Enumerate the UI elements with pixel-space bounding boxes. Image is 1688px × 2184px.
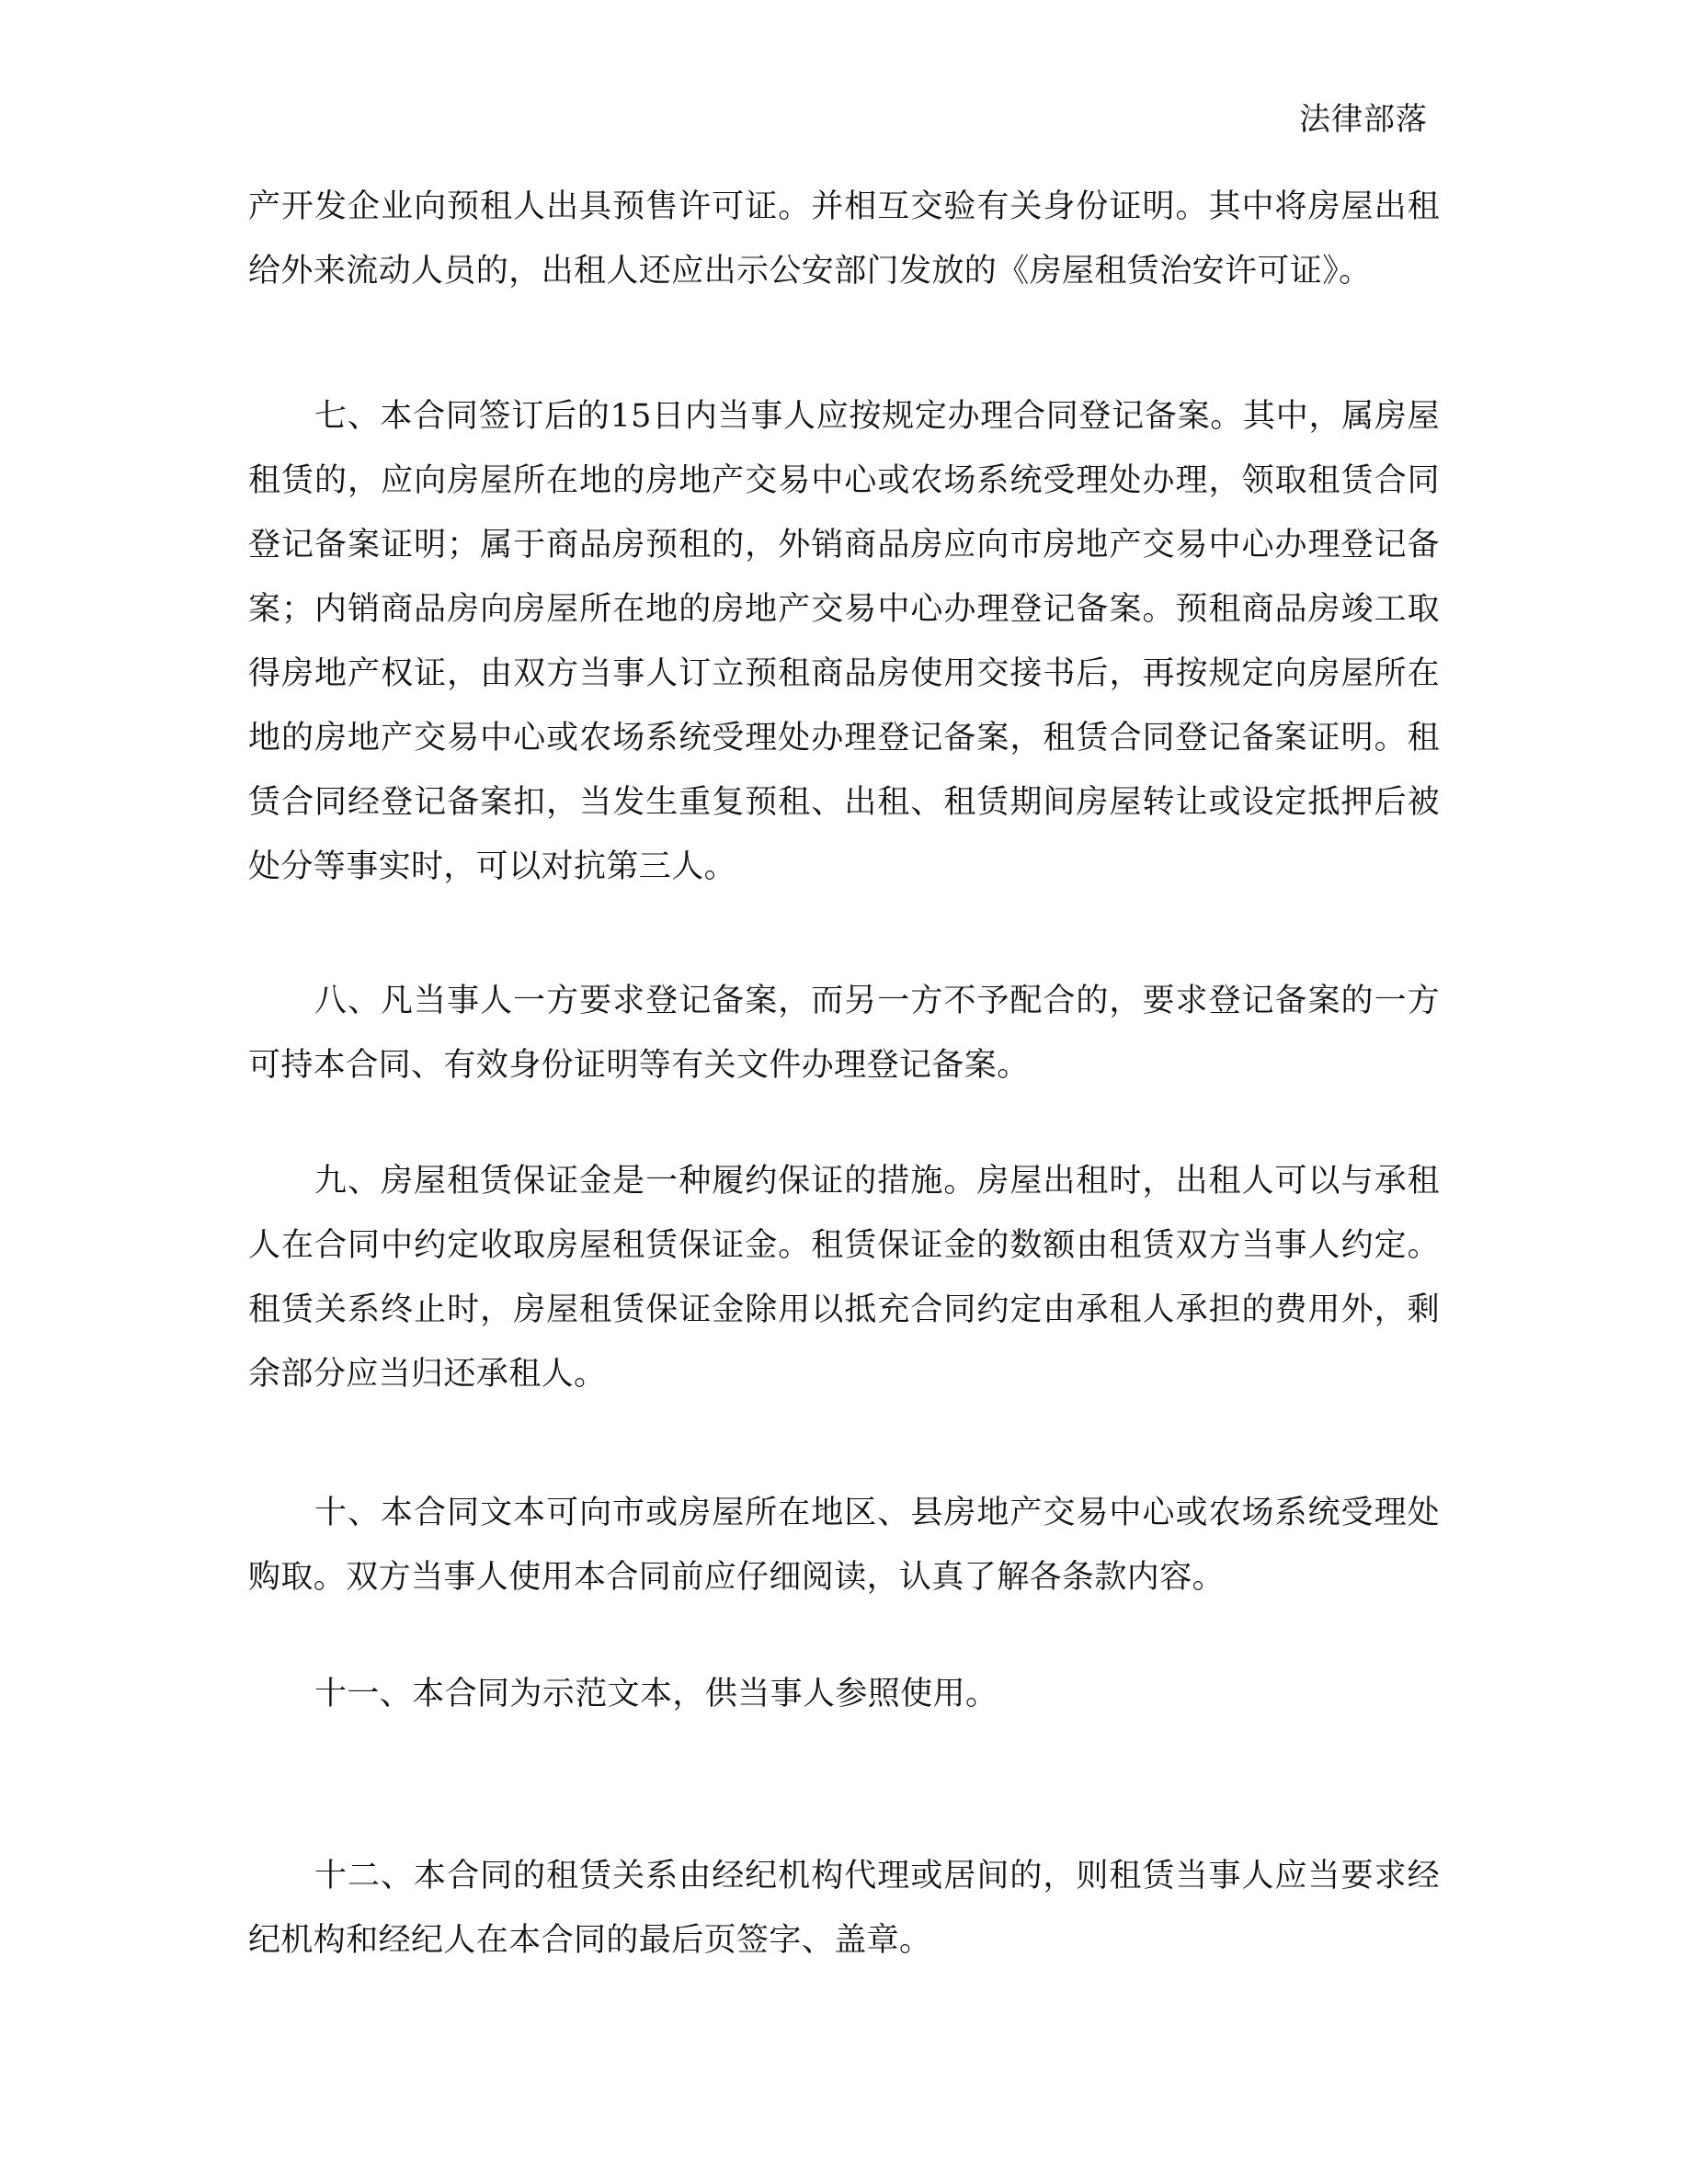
paragraph-clause-7: 七、本合同签订后的15日内当事人应按规定办理合同登记备案。其中，属房屋租赁的，应… [248,384,1440,899]
paragraph-clause-11: 十一、本合同为示范文本，供当事人参照使用。 [248,1662,1440,1726]
paragraph-clause-12: 十二、本合同的租赁关系由经纪机构代理或居间的，则租赁当事人应当要求经纪机构和经纪… [248,1844,1440,1973]
document-header-title: 法律部落 [1299,99,1428,140]
paragraph-clause-8: 八、凡当事人一方要求登记备案，而另一方不予配合的，要求登记备案的一方可持本合同、… [248,969,1440,1098]
paragraph-clause-9: 九、房屋租赁保证金是一种履约保证的措施。房屋出租时，出租人可以与承租人在合同中约… [248,1149,1440,1406]
paragraph-clause-10: 十、本合同文本可向市或房屋所在地区、县房地产交易中心或农场系统受理处购取。双方当… [248,1481,1440,1610]
paragraph-continuation: 产开发企业向预租人出具预售许可证。并相互交验有关身份证明。其中将房屋出租给外来流… [248,175,1440,303]
